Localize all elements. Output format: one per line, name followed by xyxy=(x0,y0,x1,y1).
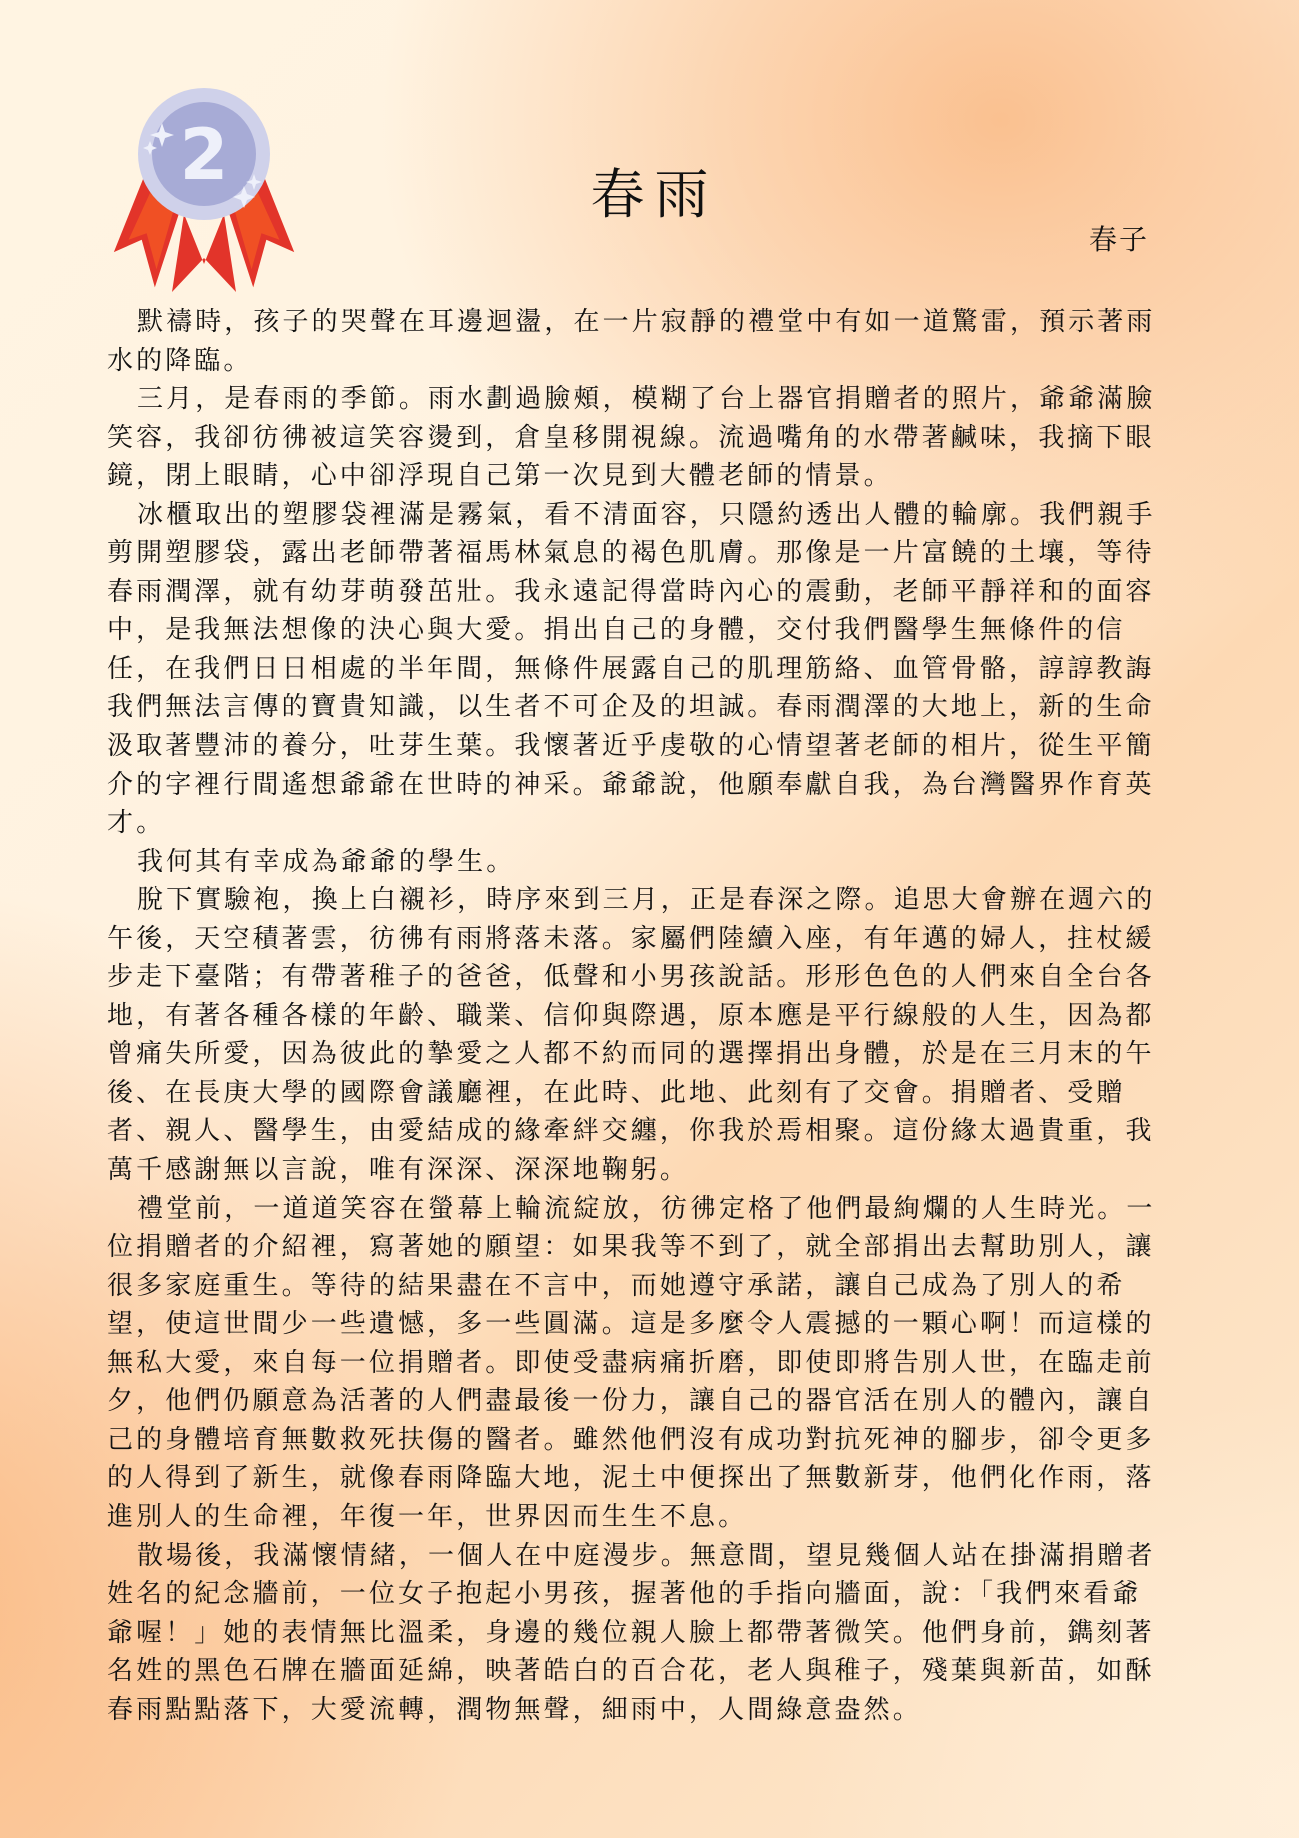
text-line: 曾痛失所愛，因為彼此的摯愛之人都不約而同的選擇捐出身體，於是在三月末的午 xyxy=(107,1035,1182,1074)
text-line: 汲取著豐沛的養分，吐芽生葉。我懷著近乎虔敬的心情望著老師的相片，從生平簡 xyxy=(107,727,1182,766)
text-line: 散場後，我滿懷情緒，一個人在中庭漫步。無意間，望見幾個人站在掛滿捐贈者 xyxy=(107,1537,1182,1576)
essay-page: 2 春雨 春子 默禱時，孩子的哭聲在耳邊迴盪，在一片寂靜的禮堂中有如一道驚雷，預… xyxy=(0,0,1299,1838)
paragraph: 脫下實驗袍，換上白襯衫，時序來到三月，正是春深之際。追思大會辦在週六的 午後，天… xyxy=(107,881,1182,1189)
text-line: 位捐贈者的介紹裡，寫著她的願望：如果我等不到了，就全部捐出去幫助別人，讓 xyxy=(107,1228,1182,1267)
text-line: 步走下臺階；有帶著稚子的爸爸，低聲和小男孩說話。形形色色的人們來自全台各 xyxy=(107,958,1182,997)
text-line: 爺喔！」她的表情無比溫柔，身邊的幾位親人臉上都帶著微笑。他們身前，鐫刻著 xyxy=(107,1614,1182,1653)
paragraph: 三月，是春雨的季節。雨水劃過臉頰，模糊了台上器官捐贈者的照片，爺爺滿臉 笑容，我… xyxy=(107,380,1182,496)
text-line: 無私大愛，來自每一位捐贈者。即使受盡病痛折磨，即使即將告別人世，在臨走前 xyxy=(107,1344,1182,1383)
text-line: 才。 xyxy=(107,804,1182,843)
text-line: 剪開塑膠袋，露出老師帶著福馬林氣息的褐色肌膚。那像是一片富饒的土壤，等待 xyxy=(107,534,1182,573)
text-line: 進別人的生命裡，年復一年，世界因而生生不息。 xyxy=(107,1498,1182,1537)
text-line: 水的降臨。 xyxy=(107,342,1182,381)
text-line: 春雨點點落下，大愛流轉，潤物無聲，細雨中，人間綠意盎然。 xyxy=(107,1691,1182,1730)
text-line: 午後，天空積著雲，彷彿有雨將落未落。家屬們陸續入座，有年邁的婦人，拄杖緩 xyxy=(107,920,1182,959)
paragraph: 散場後，我滿懷情緒，一個人在中庭漫步。無意間，望見幾個人站在掛滿捐贈者 姓名的紀… xyxy=(107,1537,1182,1730)
paragraph: 我何其有幸成為爺爺的學生。 xyxy=(107,843,1182,882)
text-line: 很多家庭重生。等待的結果盡在不言中，而她遵守承諾，讓自己成為了別人的希 xyxy=(107,1267,1182,1306)
text-line: 中，是我無法想像的決心與大愛。捐出自己的身體，交付我們醫學生無條件的信 xyxy=(107,611,1182,650)
paragraph: 默禱時，孩子的哭聲在耳邊迴盪，在一片寂靜的禮堂中有如一道驚雷，預示著雨 水的降臨… xyxy=(107,303,1182,380)
author-name: 春子 xyxy=(1089,218,1149,258)
text-line: 三月，是春雨的季節。雨水劃過臉頰，模糊了台上器官捐贈者的照片，爺爺滿臉 xyxy=(107,380,1182,419)
text-line: 後、在長庚大學的國際會議廳裡，在此時、此地、此刻有了交會。捐贈者、受贈 xyxy=(107,1074,1182,1113)
text-line: 介的字裡行間遙想爺爺在世時的神采。爺爺說，他願奉獻自我，為台灣醫界作育英 xyxy=(107,766,1182,805)
text-line: 己的身體培育無數救死扶傷的醫者。雖然他們沒有成功對抗死神的腳步，卻令更多 xyxy=(107,1421,1182,1460)
text-line: 望，使這世間少一些遺憾，多一些圓滿。這是多麼令人震撼的一顆心啊！而這樣的 xyxy=(107,1305,1182,1344)
text-line: 地，有著各種各樣的年齡、職業、信仰與際遇，原本應是平行線般的人生，因為都 xyxy=(107,997,1182,1036)
text-line: 萬千感謝無以言說，唯有深深、深深地鞠躬。 xyxy=(107,1151,1182,1190)
text-line: 笑容，我卻彷彿被這笑容燙到，倉皇移開視線。流過嘴角的水帶著鹹味，我摘下眼 xyxy=(107,419,1182,458)
text-line: 我們無法言傳的寶貴知識，以生者不可企及的坦誠。春雨潤澤的大地上，新的生命 xyxy=(107,688,1182,727)
text-line: 姓名的紀念牆前，一位女子抱起小男孩，握著他的手指向牆面，說：「我們來看爺 xyxy=(107,1575,1182,1614)
text-line: 者、親人、醫學生，由愛結成的緣牽絆交纏，你我於焉相聚。這份緣太過貴重，我 xyxy=(107,1112,1182,1151)
text-line: 的人得到了新生，就像春雨降臨大地，泥土中便探出了無數新芽，他們化作雨，落 xyxy=(107,1459,1182,1498)
text-line: 任，在我們日日相處的半年間，無條件展露自己的肌理筋絡、血管骨骼，諄諄教誨 xyxy=(107,650,1182,689)
text-line: 默禱時，孩子的哭聲在耳邊迴盪，在一片寂靜的禮堂中有如一道驚雷，預示著雨 xyxy=(107,303,1182,342)
essay-body: 默禱時，孩子的哭聲在耳邊迴盪，在一片寂靜的禮堂中有如一道驚雷，預示著雨 水的降臨… xyxy=(107,303,1182,1729)
text-line: 脫下實驗袍，換上白襯衫，時序來到三月，正是春深之際。追思大會辦在週六的 xyxy=(107,881,1182,920)
text-line: 冰櫃取出的塑膠袋裡滿是霧氣，看不清面容，只隱約透出人體的輪廓。我們親手 xyxy=(107,496,1182,535)
text-line: 我何其有幸成為爺爺的學生。 xyxy=(107,843,1182,882)
text-line: 春雨潤澤，就有幼芽萌發茁壯。我永遠記得當時內心的震動，老師平靜祥和的面容 xyxy=(107,573,1182,612)
text-line: 禮堂前，一道道笑容在螢幕上輪流綻放，彷彿定格了他們最絢爛的人生時光。一 xyxy=(107,1190,1182,1229)
text-line: 名姓的黑色石牌在牆面延綿，映著皓白的百合花，老人與稚子，殘葉與新苗，如酥 xyxy=(107,1652,1182,1691)
text-line: 鏡，閉上眼睛，心中卻浮現自己第一次見到大體老師的情景。 xyxy=(107,457,1182,496)
paragraph: 冰櫃取出的塑膠袋裡滿是霧氣，看不清面容，只隱約透出人體的輪廓。我們親手 剪開塑膠… xyxy=(107,496,1182,843)
text-line: 夕，他們仍願意為活著的人們盡最後一份力，讓自己的器官活在別人的體內，讓自 xyxy=(107,1382,1182,1421)
paragraph: 禮堂前，一道道笑容在螢幕上輪流綻放，彷彿定格了他們最絢爛的人生時光。一 位捐贈者… xyxy=(107,1190,1182,1537)
